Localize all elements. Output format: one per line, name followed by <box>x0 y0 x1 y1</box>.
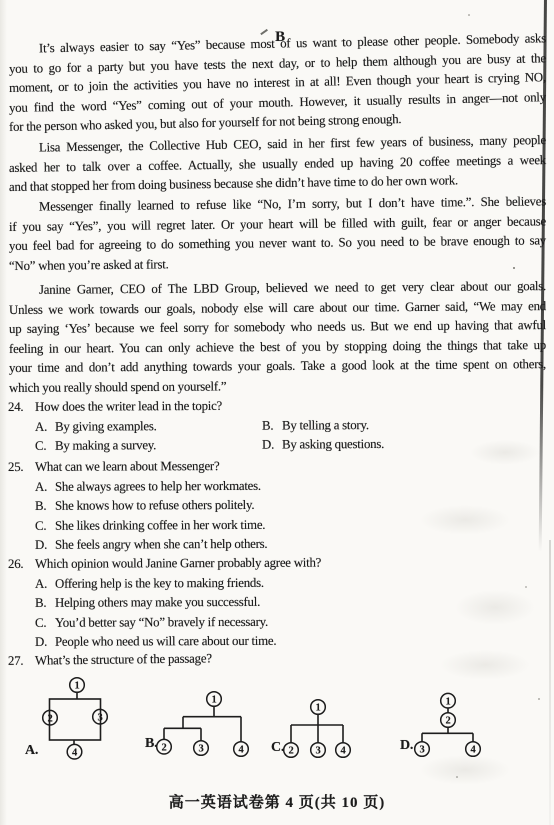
question-stem: 24.How does the writer lead in the topic… <box>0 395 554 417</box>
svg-text:2: 2 <box>48 713 53 724</box>
question-number: 24. <box>8 398 35 418</box>
svg-text:4: 4 <box>239 745 245 756</box>
option-row: C.By making a survey. D.By asking questi… <box>0 434 554 456</box>
question-text: How does the writer lead in the topic? <box>35 399 222 414</box>
option-d: D.By asking questions. <box>262 435 384 455</box>
question-text: What’s the structure of the passage? <box>35 651 212 667</box>
passage-paragraph: Janine Garner, CEO of The LBD Group, bel… <box>9 281 546 399</box>
passage-paragraph: Lisa Messenger, the Collective Hub CEO, … <box>9 139 546 198</box>
scan-noise <box>468 14 470 16</box>
svg-text:2: 2 <box>289 746 294 757</box>
svg-text:1: 1 <box>75 681 80 692</box>
svg-text:1: 1 <box>212 695 217 706</box>
scanned-exam-page: B It’s always easier to say “Yes” becaus… <box>0 0 554 825</box>
structure-diagram-a: 1 2 3 4 <box>20 675 130 765</box>
question-24: 24.How does the writer lead in the topic… <box>0 398 554 457</box>
question-number: 26. <box>8 555 35 575</box>
passage-paragraph: It’s always easier to say “Yes” because … <box>9 40 546 138</box>
option-b: B.She knows how to refuse others politel… <box>0 495 554 517</box>
svg-text:4: 4 <box>471 745 477 756</box>
svg-text:1: 1 <box>446 696 451 707</box>
svg-text:4: 4 <box>72 747 78 758</box>
option-a: A.She always agrees to help her workmate… <box>0 475 554 497</box>
svg-text:3: 3 <box>316 746 321 757</box>
question-text: What can we learn about Messenger? <box>35 459 219 474</box>
structure-diagram-c: 1 2 3 4 <box>270 698 360 760</box>
svg-text:2: 2 <box>446 716 451 727</box>
structure-diagram-d: 1 2 3 4 <box>395 688 490 760</box>
svg-text:2: 2 <box>162 742 167 753</box>
svg-text:3: 3 <box>420 745 425 756</box>
option-b: B.Helping others may make you successful… <box>0 592 554 614</box>
option-c: C.By making a survey. <box>35 436 156 456</box>
question-number: 25. <box>8 458 35 478</box>
svg-text:4: 4 <box>341 746 347 757</box>
page-footer: 高一英语试卷第 4 页(共 10 页) <box>0 791 554 812</box>
passage-paragraph: Messenger finally learned to refuse like… <box>9 198 546 276</box>
structure-diagrams: A. 1 2 3 4 B. 1 2 <box>0 668 554 792</box>
question-stem: 25.What can we learn about Messenger? <box>0 456 554 478</box>
option-a: A.By giving examples. <box>35 417 157 437</box>
svg-text:1: 1 <box>316 703 321 714</box>
question-26: 26.Which opinion would Janine Garner pro… <box>0 555 554 653</box>
svg-text:3: 3 <box>98 712 103 723</box>
svg-text:3: 3 <box>199 744 204 755</box>
structure-diagram-b: 1 2 3 4 <box>140 690 255 760</box>
option-a: A.Offering help is the key to making fri… <box>0 572 554 594</box>
question-25: 25.What can we learn about Messenger? A.… <box>0 458 554 556</box>
option-b: B.By telling a story. <box>262 416 369 436</box>
question-stem: 26.Which opinion would Janine Garner pro… <box>0 553 554 575</box>
question-text: Which opinion would Janine Garner probab… <box>35 556 321 571</box>
